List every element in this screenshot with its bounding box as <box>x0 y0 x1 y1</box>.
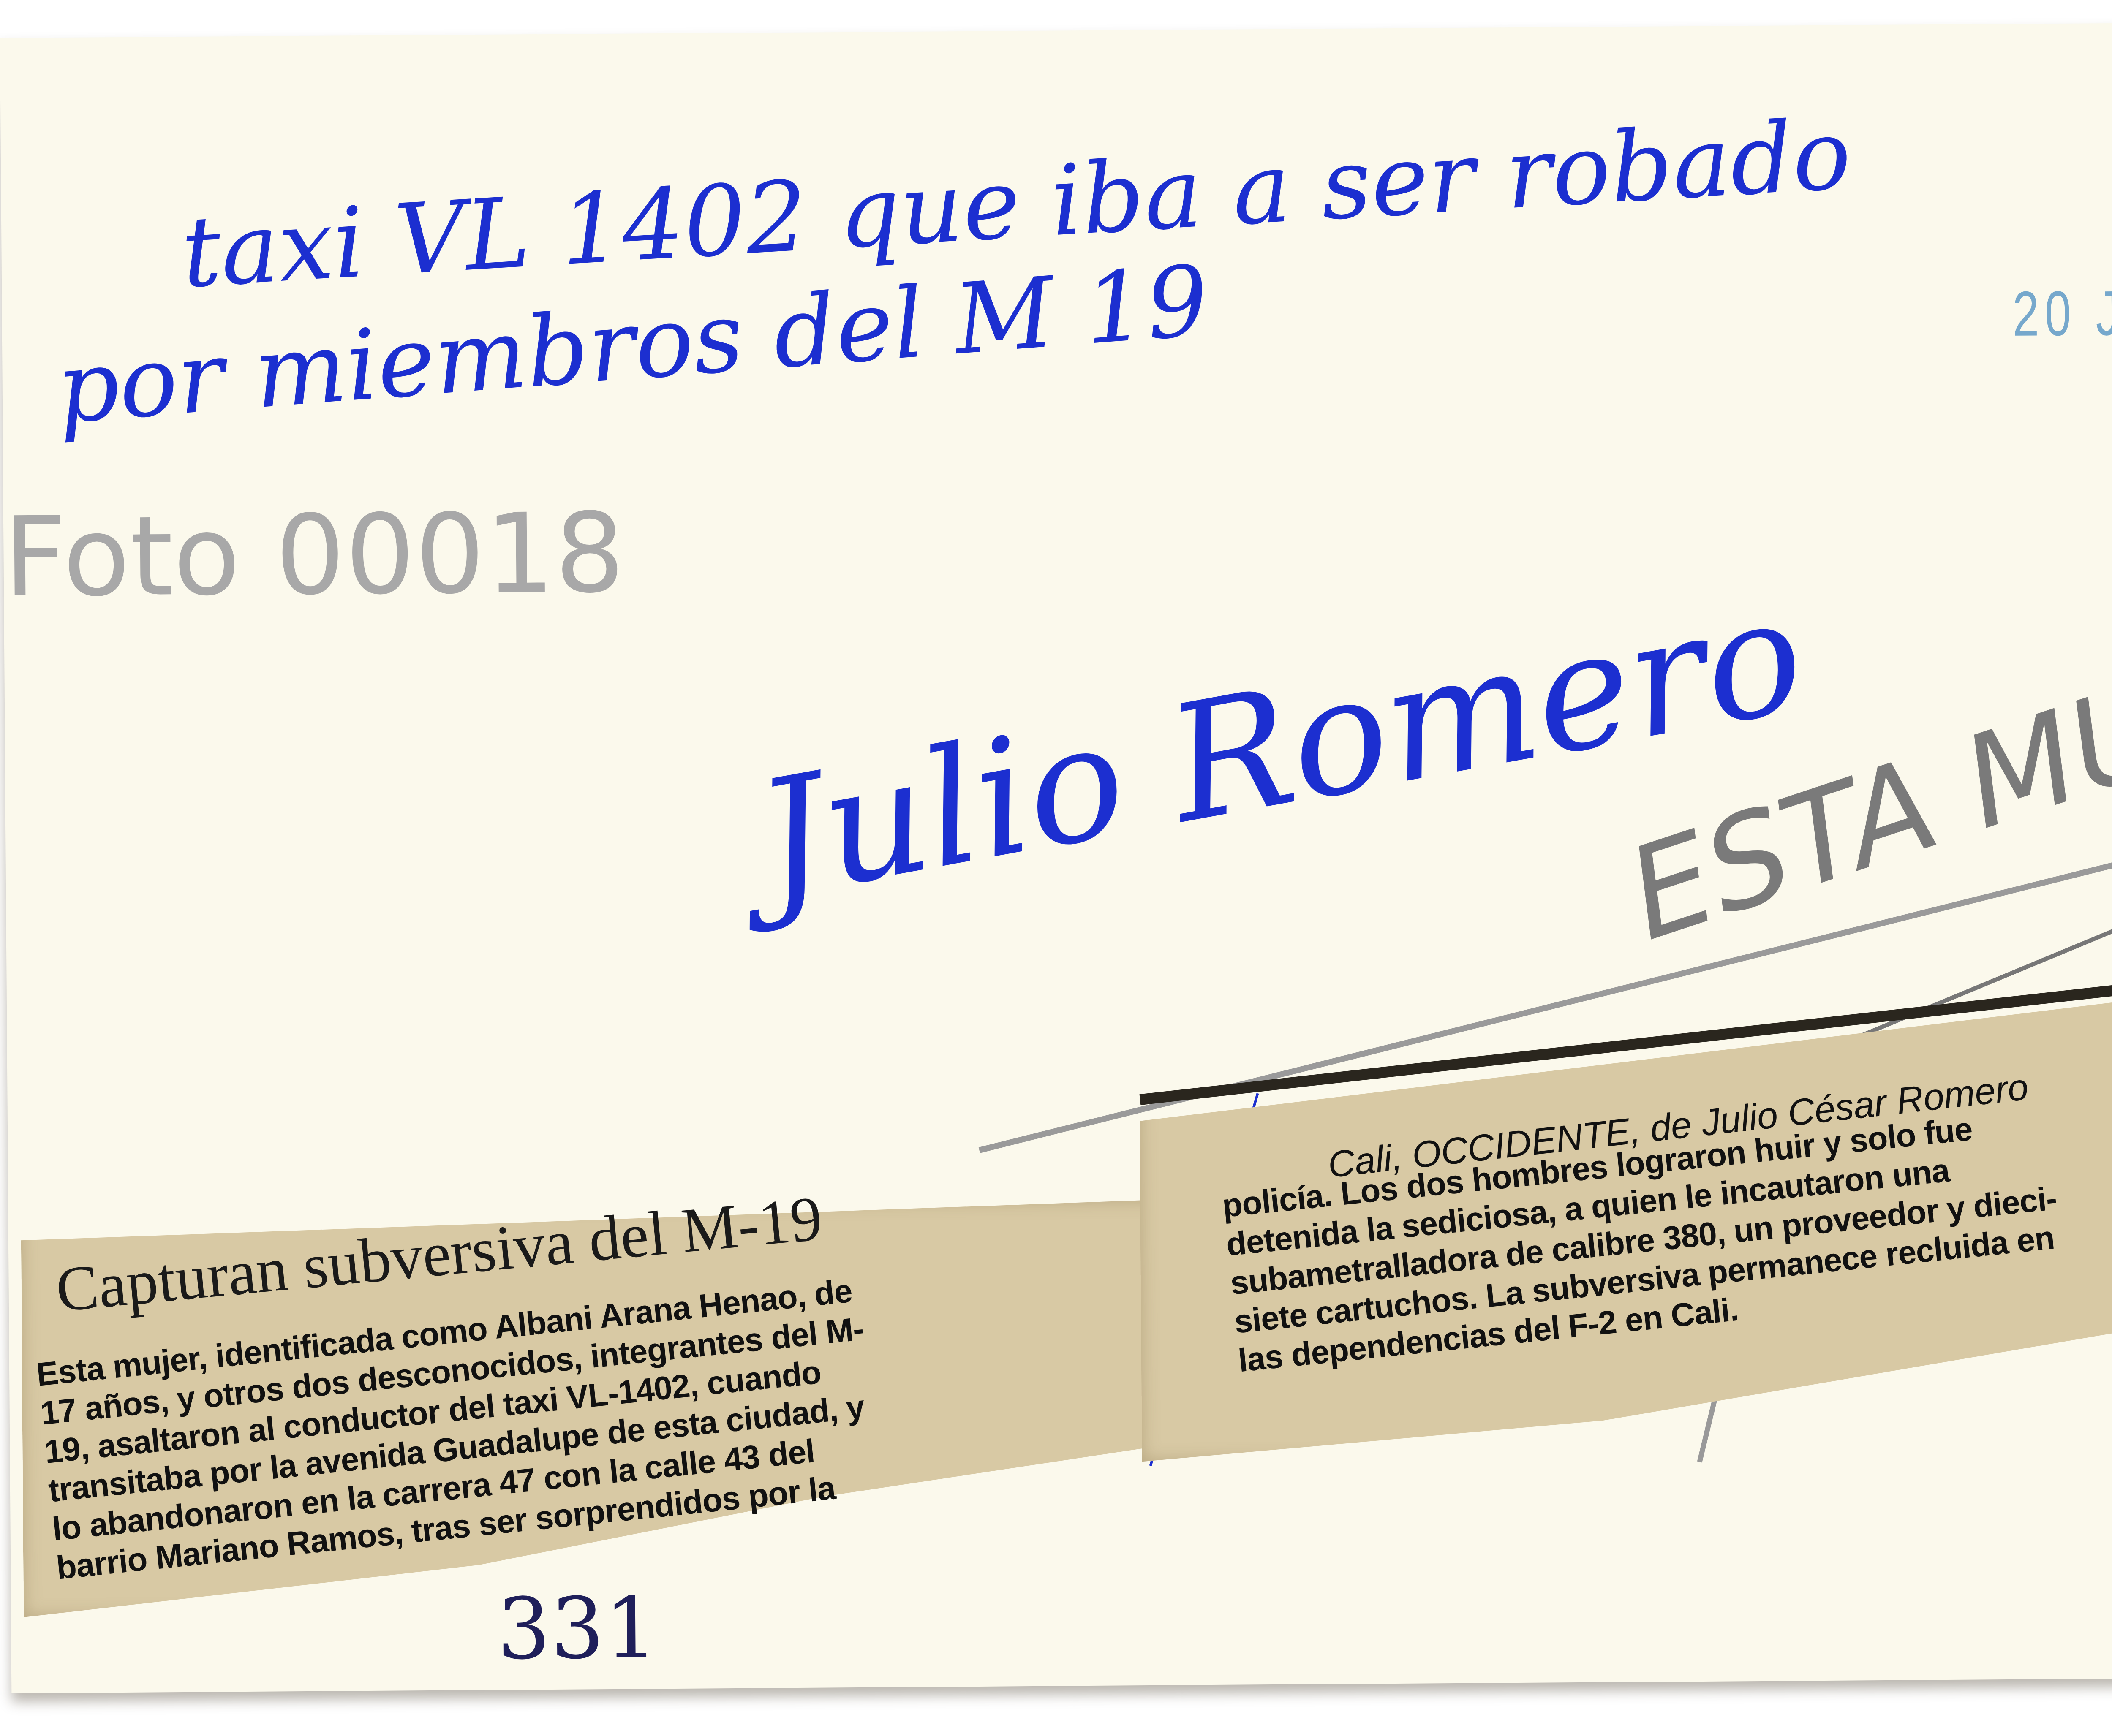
photo-back-card: taxi VL 1402 que iba a ser robado por mi… <box>0 20 2112 1693</box>
